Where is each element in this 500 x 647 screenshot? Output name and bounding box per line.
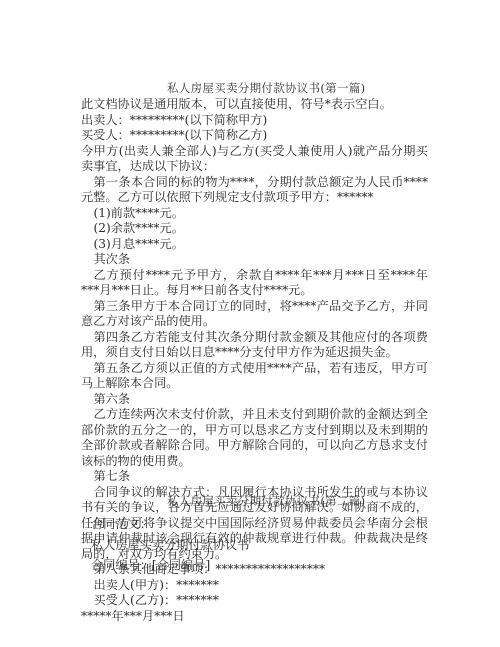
paragraph-seller: 出卖人：*********(以下简称甲方)	[81, 113, 428, 129]
paragraph-intro: 此文档协议是通用版本，可以直接使用，符号*表示空白。	[81, 97, 428, 113]
doc2-contract-name: 私人房屋买卖分期付款协议书	[91, 536, 249, 553]
paragraph-buyer-sign: 买受人(乙方)：*******	[81, 593, 428, 609]
doc1-title: 私人房屋买卖分期付款协议书(第一篇)	[167, 80, 365, 96]
paragraph-item-1: (1)前款****元。	[81, 206, 428, 222]
doc2-sample-label: 合同范文：	[91, 515, 152, 532]
paragraph-article-2: 乙方预付****元予甲方，余款自****年***月***日至****年***月*…	[81, 268, 428, 299]
paragraph-article-6-heading: 第六条	[81, 392, 428, 408]
doc2-title: 私人房屋买卖分期付款协议书(第二篇)	[167, 493, 365, 509]
paragraph-seller-sign: 出卖人(甲方)：*******	[81, 578, 428, 594]
paragraph-date: *****年***月***日	[81, 609, 428, 625]
paragraph-article-3: 第三条甲方于本合同订立的同时，将****产品交予乙方，并同意乙方对该产品的使用。	[81, 299, 428, 330]
paragraph-article-2-heading: 其次条	[81, 252, 428, 268]
paragraph-article-7-heading: 第七条	[81, 469, 428, 485]
doc2-contract-number: 合同编号：[合同编号]	[91, 556, 210, 573]
paragraph-agreement: 今甲方(出卖人兼全部人)与乙方(买受人兼使用人)就产品分期买卖事宜，达成以下协议…	[81, 144, 428, 175]
paragraph-buyer: 买受人：*********(以下简称乙方)	[81, 128, 428, 144]
paragraph-item-2: (2)余款****元。	[81, 221, 428, 237]
paragraph-article-1: 第一条本合同的标的物为****，分期付款总额定为人民币****元整。乙方可以依照…	[81, 175, 428, 206]
paragraph-article-4: 第四条乙方若能支付其次条分期付款金额及其他应付的各项费用，须自支付日始以日息**…	[81, 330, 428, 361]
paragraph-article-5: 第五条乙方须以正值的方式使用****产品，若有违反，甲方可马上解除本合同。	[81, 361, 428, 392]
document-page: 私人房屋买卖分期付款协议书(第一篇) 此文档协议是通用版本，可以直接使用，符号*…	[0, 0, 500, 647]
paragraph-article-6: 乙方连续两次未支付价款，并且未支付到期价款的金额达到全部价款的五分之一的，甲方可…	[81, 407, 428, 469]
paragraph-item-3: (3)月息****元。	[81, 237, 428, 253]
